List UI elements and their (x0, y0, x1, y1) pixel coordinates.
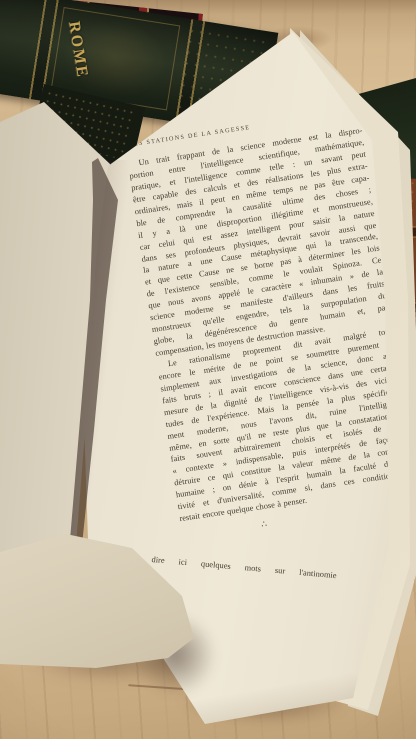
photo-scene: ROME STATIONS DE LA SAGESSE psychologiee… (0, 0, 416, 739)
body-text-block: Un trait frappant de la science moderne … (127, 125, 416, 543)
